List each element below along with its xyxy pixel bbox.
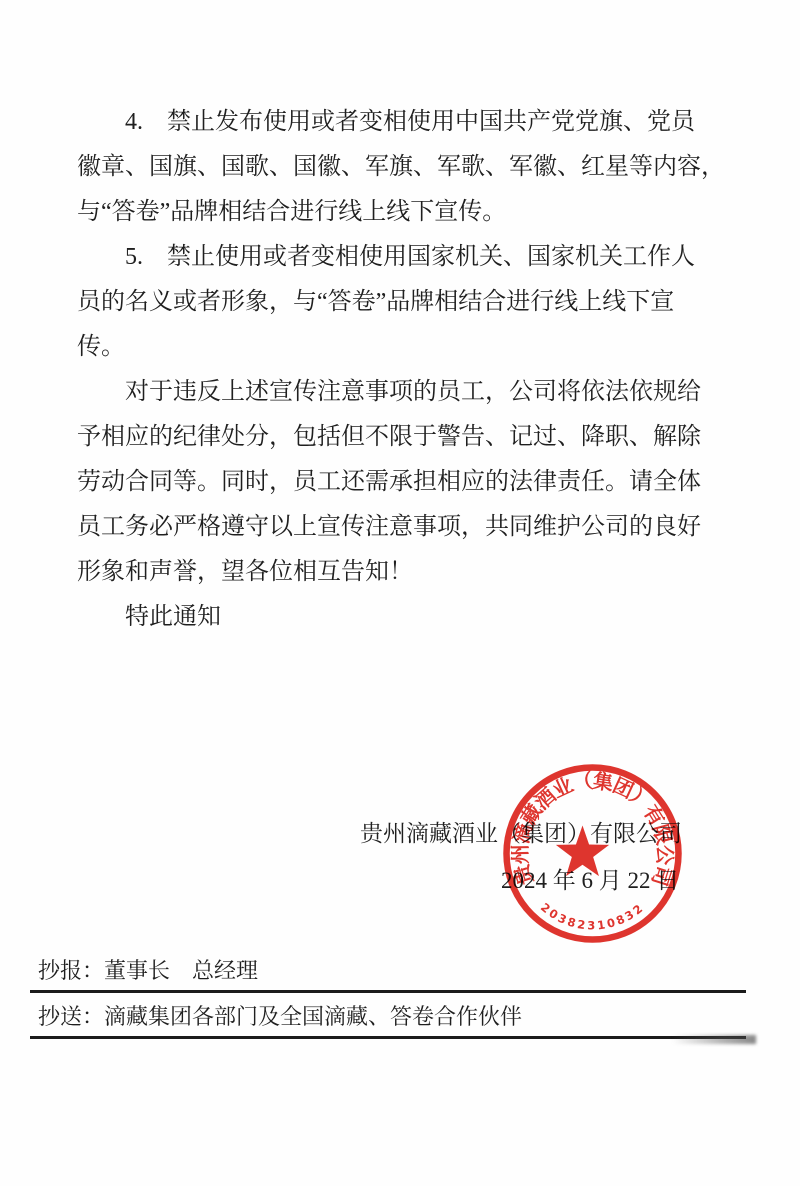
body-line: 对于违反上述宣传注意事项的员工，公司将依法依规给 — [77, 370, 757, 415]
seal-star-icon — [556, 826, 609, 877]
footer-divider-bottom — [30, 1036, 746, 1039]
body-line: 予相应的纪律处分，包括但不限于警告、记过、降职、解除 — [77, 415, 757, 460]
notice-document-page: 4. 禁止发布使用或者变相使用中国共产党党旗、党员 徽章、国旗、国歌、国徽、军旗… — [0, 0, 800, 1186]
company-seal-stamp: 贵州滴藏酒业（集团）有限公司 5203823108321 — [500, 761, 685, 946]
body-line: 徽章、国旗、国歌、国徽、军旗、军歌、军徽、红星等内容， — [77, 145, 757, 190]
body-line: 传。 — [77, 325, 757, 370]
body-line: 劳动合同等。同时，员工还需承担相应的法律责任。请全体 — [77, 460, 757, 505]
body-line: 4. 禁止发布使用或者变相使用中国共产党党旗、党员 — [77, 100, 757, 145]
body-line: 形象和声誉，望各位相互告知！ — [77, 550, 757, 595]
notice-body: 4. 禁止发布使用或者变相使用中国共产党党旗、党员 徽章、国旗、国歌、国徽、军旗… — [77, 100, 757, 640]
footer-divider-top — [30, 990, 746, 993]
scan-artifact-smudge — [672, 1035, 756, 1044]
footer-copy-report: 抄报：董事长 总经理 — [38, 957, 258, 985]
body-line: 特此通知 — [77, 595, 757, 640]
body-line: 与“答卷”品牌相结合进行线上线下宣传。 — [77, 190, 757, 235]
body-line: 5. 禁止使用或者变相使用国家机关、国家机关工作人 — [77, 235, 757, 280]
footer-copy-send: 抄送：滴藏集团各部门及全国滴藏、答卷合作伙伴 — [38, 1003, 522, 1031]
body-line: 员的名义或者形象，与“答卷”品牌相结合进行线上线下宣 — [77, 280, 757, 325]
body-line: 员工务必严格遵守以上宣传注意事项，共同维护公司的良好 — [77, 505, 757, 550]
seal-svg: 贵州滴藏酒业（集团）有限公司 5203823108321 — [500, 761, 685, 946]
